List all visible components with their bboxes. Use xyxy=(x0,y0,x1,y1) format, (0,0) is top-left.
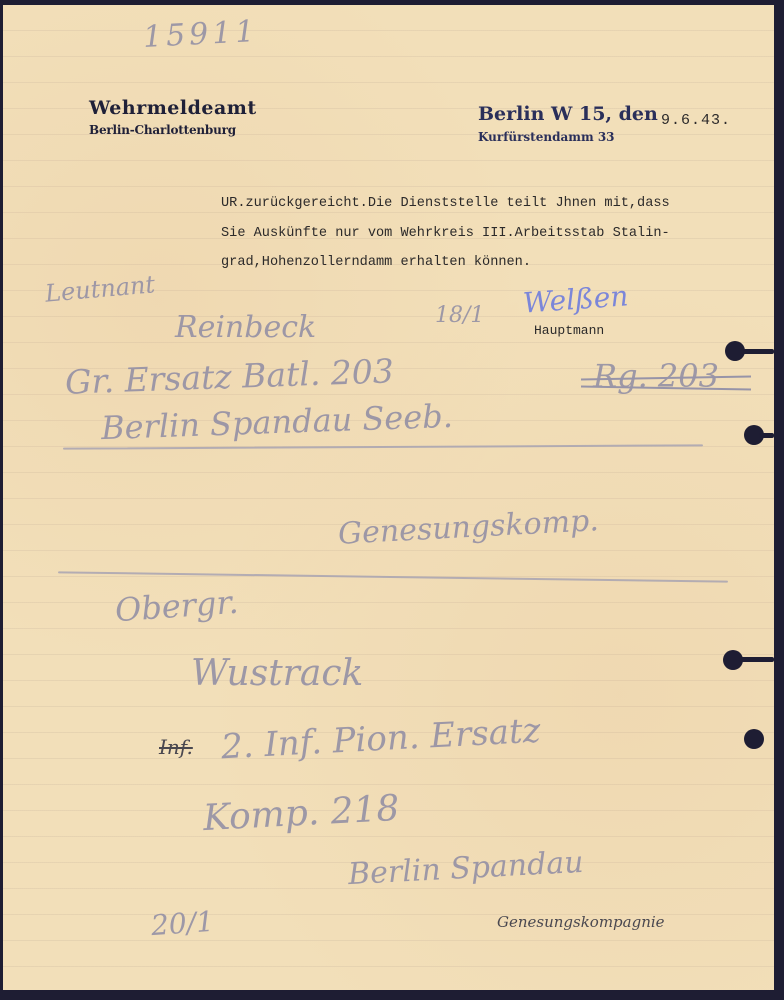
binder-hole-tab xyxy=(759,433,774,438)
body-line-1: UR.zurückgereicht.Die Dienststelle teilt… xyxy=(221,196,670,211)
annotation-unit-2b: Komp. 218 xyxy=(202,788,400,839)
annotation-rank-1: Leutnant xyxy=(44,270,156,307)
body-line-3: grad,Hohenzollerndamm erhalten können. xyxy=(221,255,531,270)
document-page: 15911 Wehrmeldeamt Berlin-Charlottenburg… xyxy=(3,5,774,990)
binder-hole-tab xyxy=(739,657,774,662)
street-stamp: Kurfürstendamm 33 xyxy=(478,130,615,144)
annotation-date-2: 20/1 xyxy=(150,905,215,942)
binder-hole-tab xyxy=(741,349,774,354)
annotation-rank-2: Obergr. xyxy=(114,583,240,630)
annotation-unit-2: 2. Inf. Pion. Ersatz xyxy=(220,711,541,768)
signatory-rank: Hauptmann xyxy=(534,323,604,338)
annotation-note-3: Genesungskompagnie xyxy=(497,913,665,931)
annotation-place-1: Berlin Spandau Seeb. xyxy=(100,397,453,447)
annotation-name-2: Wustrack xyxy=(191,653,363,694)
annotation-note-2: Genesungskomp. xyxy=(337,503,599,552)
body-line-2: Sie Auskünfte nur vom Wehrkreis III.Arbe… xyxy=(221,226,670,241)
handwritten-signature: Welßen xyxy=(522,279,629,319)
letter-date: 9.6.43. xyxy=(661,112,731,129)
archive-number: 15911 xyxy=(142,14,259,55)
annotation-name-1: Reinbeck xyxy=(175,310,316,345)
annotation-struck-prefix: Inf. xyxy=(159,735,193,759)
annotation-unit-1: Gr. Ersatz Batl. 203 xyxy=(64,351,394,401)
office-location-stamp: Berlin-Charlottenburg xyxy=(89,123,236,137)
place-stamp: Berlin W 15, den xyxy=(478,103,658,125)
binder-hole xyxy=(744,729,764,749)
annotation-place-2: Berlin Spandau xyxy=(347,845,584,892)
annotation-date-1: 18/1 xyxy=(435,303,484,328)
office-stamp: Wehrmeldeamt xyxy=(89,97,257,119)
separator-line xyxy=(58,571,728,582)
